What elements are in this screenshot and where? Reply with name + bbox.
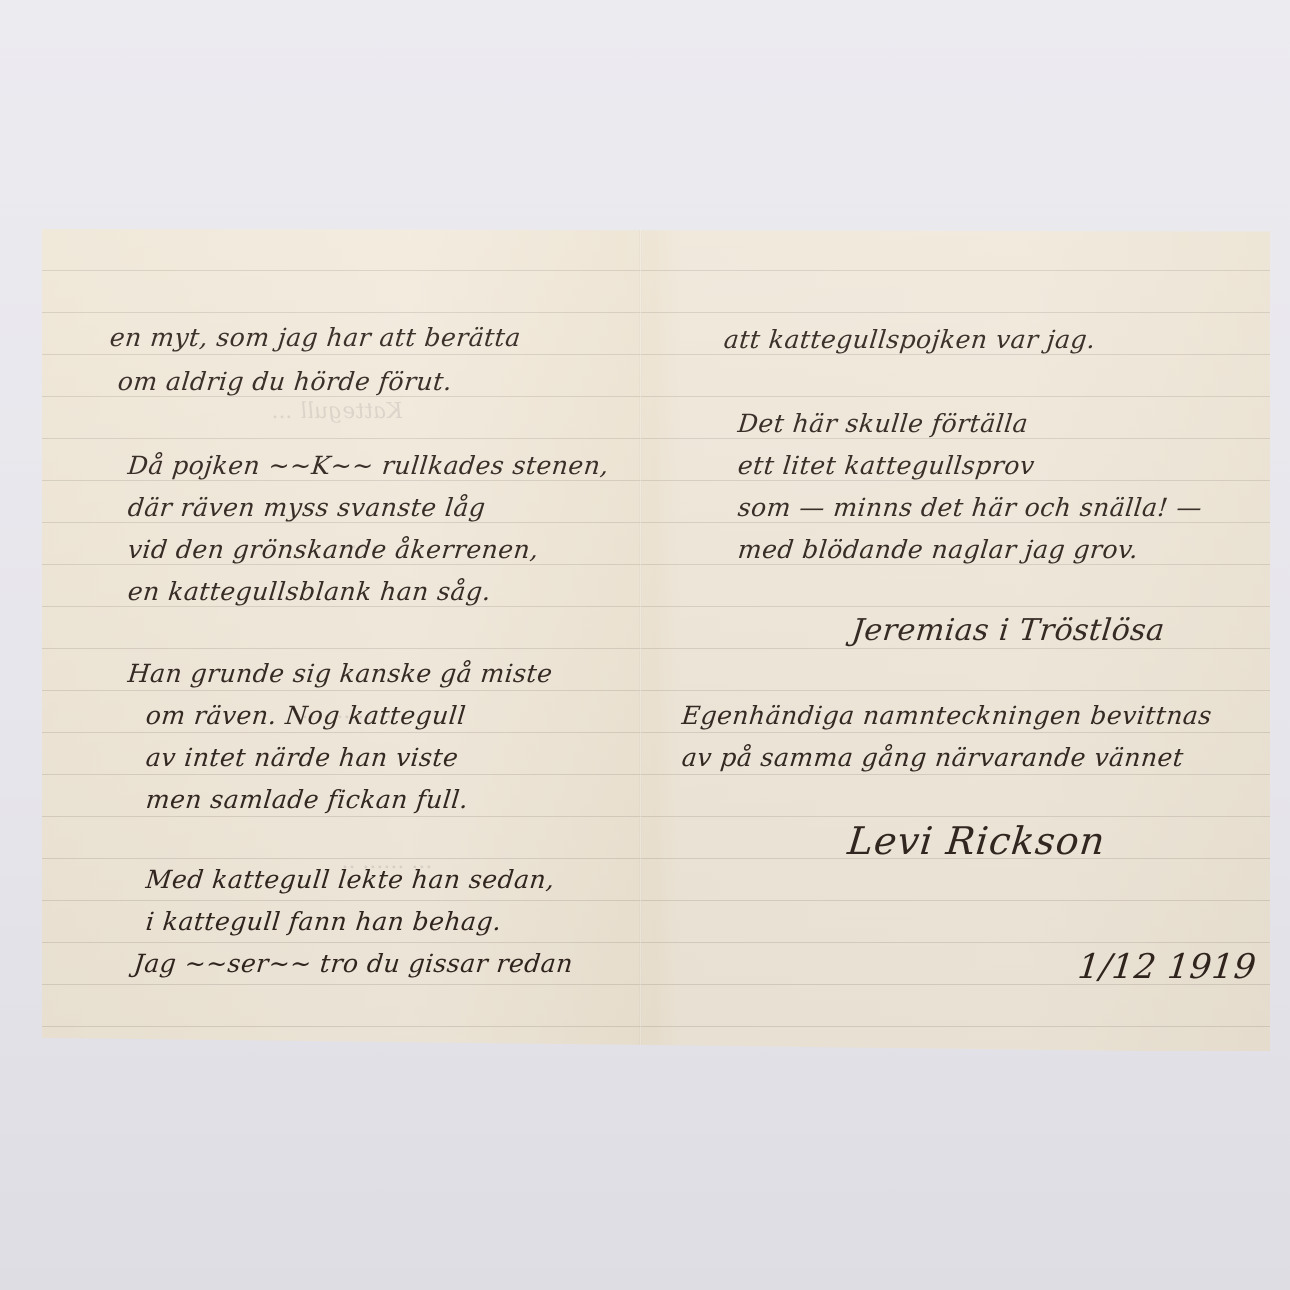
attestation-line: Egenhändiga namnteckningen bevittnas	[680, 701, 1213, 730]
right-page: att kattegullspojken var jag. Det här sk…	[642, 229, 1270, 1051]
pseudonym-signature: Jeremias i Tröstlösa	[850, 613, 1166, 648]
poem-line: med blödande naglar jag grov.	[736, 535, 1139, 564]
poem-line: ett litet kattegullsprov	[736, 451, 1036, 480]
poem-line: Med kattegull lekte han sedan,	[144, 865, 556, 894]
poem-line: en myt, som jag har att berätta	[108, 323, 522, 352]
poem-line: Då pojken ~~K~~ rullkades stenen,	[126, 451, 610, 480]
attestation-line: av på samma gång närvarande vännet	[680, 743, 1185, 772]
poem-line: Han grunde sig kanske gå miste	[126, 659, 554, 688]
poem-line: Det här skulle förtälla	[736, 409, 1029, 438]
date: 1/12 1919	[1076, 947, 1258, 987]
left-page: Kattegull ... ....... ... ........ .... …	[42, 229, 639, 1051]
poem-line: av intet närde han viste	[144, 743, 460, 772]
poem-line: om aldrig du hörde förut.	[116, 367, 453, 396]
poem-line: en kattegullsblank han såg.	[126, 577, 492, 606]
poem-line: som — minns det här och snälla! —	[736, 493, 1203, 522]
bleed-through-text: Kattegull ...	[271, 399, 404, 424]
poem-line: vid den grönskande åkerrenen,	[126, 535, 540, 564]
poem-line: där räven myss svanste låg	[126, 493, 487, 522]
poem-line: att kattegullspojken var jag.	[722, 325, 1097, 354]
poem-line: om räven. Nog kattegull	[144, 701, 467, 730]
poem-line: i kattegull fann han behag.	[144, 907, 503, 936]
manuscript-sheet: Kattegull ... ....... ... ........ .... …	[42, 229, 1270, 1051]
poem-line: men samlade fickan full.	[144, 785, 469, 814]
author-signature: Levi Rickson	[846, 819, 1108, 863]
poem-line: Jag ~~ser~~ tro du gissar redan	[132, 949, 574, 978]
